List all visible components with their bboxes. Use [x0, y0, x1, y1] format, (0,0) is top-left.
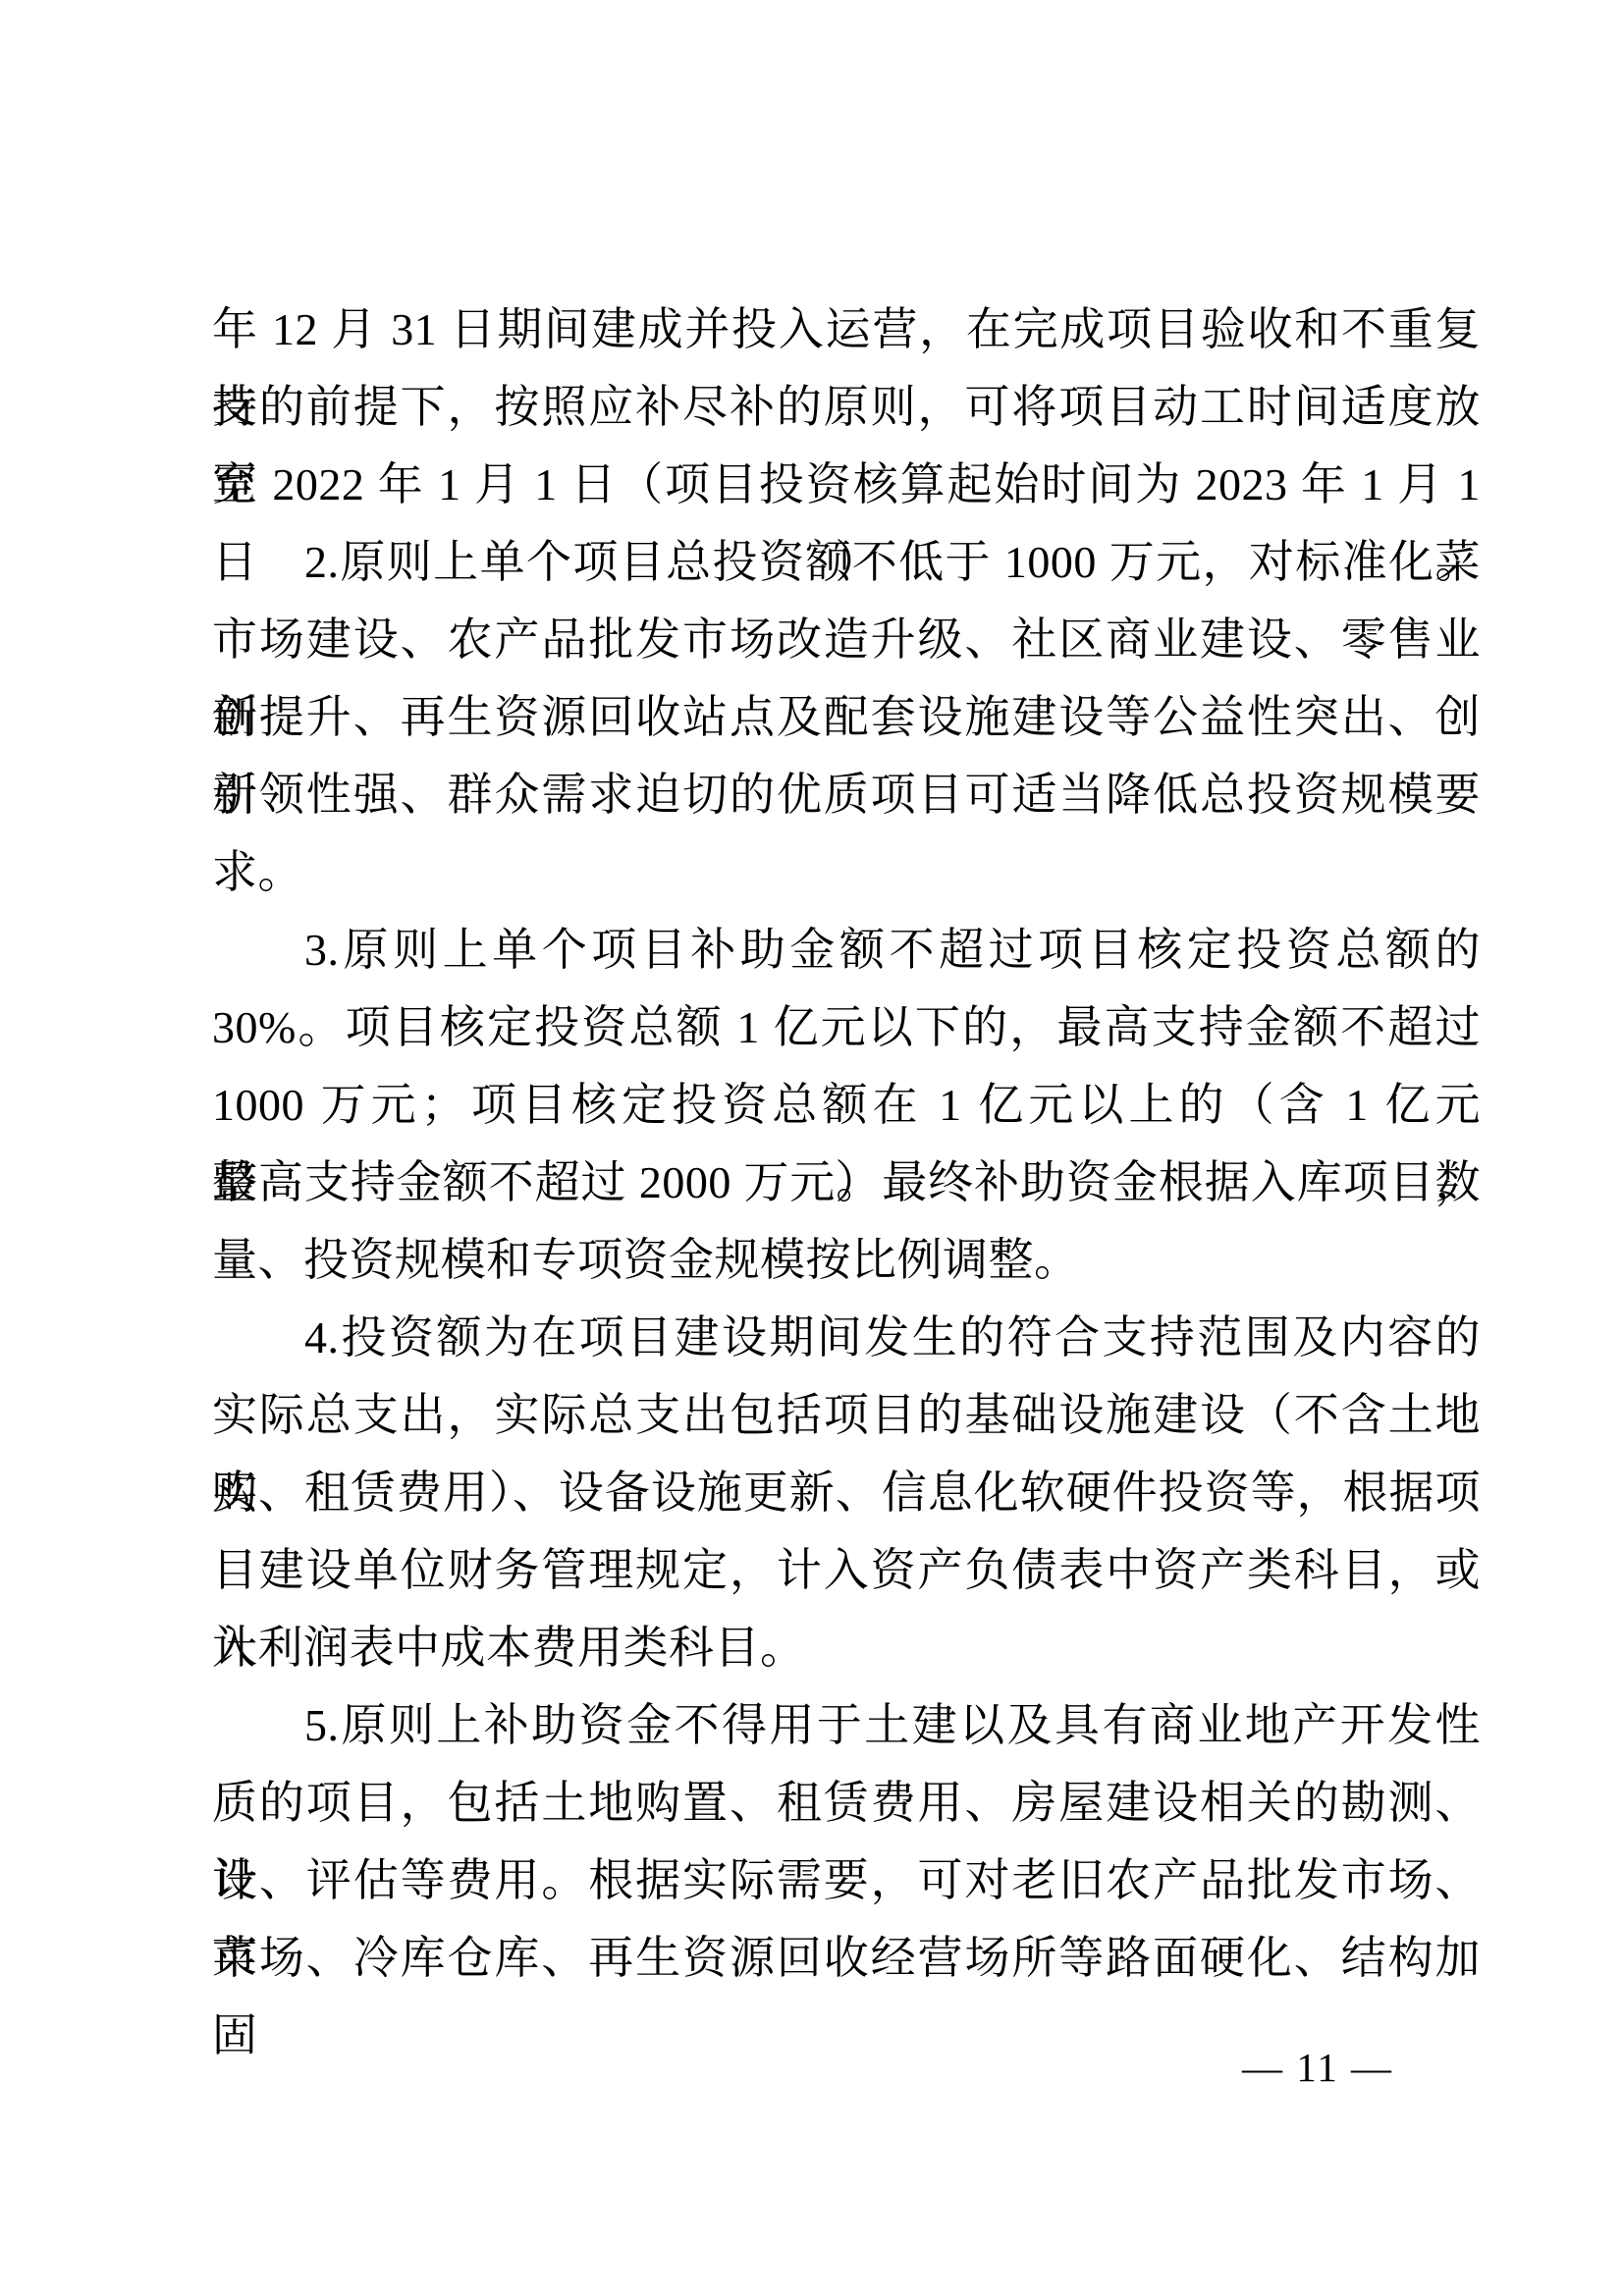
text-line: 买、租赁费用）、设备设施更新、信息化软硬件投资等，根据项: [212, 1454, 1481, 1531]
text-line: 入利润表中成本费用类科目。: [212, 1609, 1481, 1686]
text-line: 2.原则上单个项目总投资额不低于 1000 万元，对标准化菜: [212, 523, 1481, 601]
text-line: 年 12 月 31 日期间建成并投入运营，在完成项目验收和不重复支: [212, 291, 1481, 368]
text-line: 30%。项目核定投资总额 1 亿元以下的，最高支持金额不超过: [212, 988, 1481, 1066]
text-line: 4.投资额为在项目建设期间发生的符合支持范围及内容的: [212, 1299, 1481, 1376]
text-line: 1000 万元；项目核定投资总额在 1 亿元以上的（含 1 亿元整），: [212, 1066, 1481, 1144]
text-line: 引领性强、群众需求迫切的优质项目可适当降低总投资规模要: [212, 756, 1481, 833]
text-line: 目建设单位财务管理规定，计入资产负债表中资产类科目，或计: [212, 1531, 1481, 1609]
text-line: 持的前提下，按照应补尽补的原则，可将项目动工时间适度放宽: [212, 368, 1481, 446]
text-line: 至 2022 年 1 月 1 日（项目投资核算起始时间为 2023 年 1 月 …: [212, 446, 1481, 523]
text-line: 计、评估等费用。根据实际需要，可对老旧农产品批发市场、菜: [212, 1842, 1481, 1919]
text-block: 年 12 月 31 日期间建成并投入运营，在完成项目验收和不重复支持的前提下，按…: [212, 291, 1481, 1997]
text-line: 求。: [212, 833, 1481, 911]
text-line: 5.原则上补助资金不得用于土建以及具有商业地产开发性: [212, 1686, 1481, 1764]
text-line: 最高支持金额不超过 2000 万元。最终补助资金根据入库项目数: [212, 1144, 1481, 1221]
text-line: 实际总支出，实际总支出包括项目的基础设施建设（不含土地购: [212, 1376, 1481, 1454]
document-page: 年 12 月 31 日期间建成并投入运营，在完成项目验收和不重复支持的前提下，按…: [0, 0, 1623, 2296]
text-line: 市场、冷库仓库、再生资源回收经营场所等路面硬化、结构加固: [212, 1919, 1481, 1997]
page-number: — 11 —: [1242, 2044, 1393, 2091]
text-line: 市场建设、农产品批发市场改造升级、社区商业建设、零售业创: [212, 601, 1481, 678]
text-line: 3.原则上单个项目补助金额不超过项目核定投资总额的: [212, 911, 1481, 988]
text-line: 新提升、再生资源回收站点及配套设施建设等公益性突出、创新: [212, 678, 1481, 756]
text-line: 量、投资规模和专项资金规模按比例调整。: [212, 1221, 1481, 1299]
text-line: 质的项目，包括土地购置、租赁费用、房屋建设相关的勘测、设: [212, 1764, 1481, 1842]
